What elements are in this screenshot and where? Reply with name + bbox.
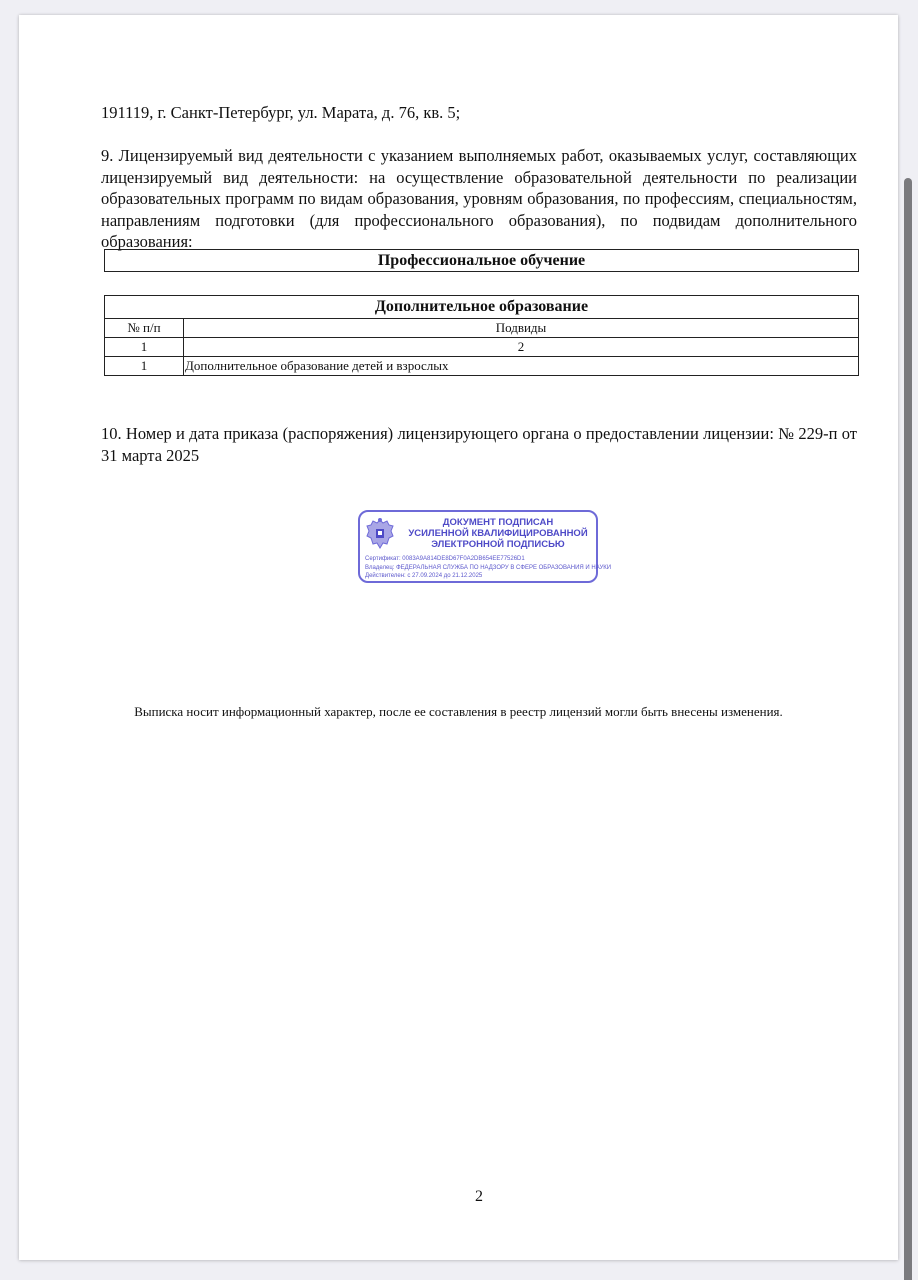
- professional-training-table: Профессиональное обучение: [104, 249, 859, 272]
- stamp-title-line-2: УСИЛЕННОЙ КВАЛИФИЦИРОВАННОЙ: [400, 528, 596, 539]
- professional-training-title: Профессиональное обучение: [105, 250, 859, 272]
- stamp-title: ДОКУМЕНТ ПОДПИСАН УСИЛЕННОЙ КВАЛИФИЦИРОВ…: [400, 517, 596, 550]
- coat-of-arms-icon: [365, 517, 395, 551]
- table-row: 1 Дополнительное образование детей и взр…: [105, 357, 859, 376]
- electronic-signature-stamp: ДОКУМЕНТ ПОДПИСАН УСИЛЕННОЙ КВАЛИФИЦИРОВ…: [358, 510, 598, 583]
- column-number-2: 2: [184, 338, 859, 357]
- header-number: № п/п: [105, 319, 184, 338]
- row-subtype: Дополнительное образование детей и взрос…: [184, 357, 859, 376]
- table-header-row: № п/п Подвиды: [105, 319, 859, 338]
- additional-education-title: Дополнительное образование: [105, 296, 859, 319]
- stamp-title-line-3: ЭЛЕКТРОННОЙ ПОДПИСЬЮ: [400, 539, 596, 550]
- row-number: 1: [105, 357, 184, 376]
- document-viewer: 191119, г. Санкт-Петербург, ул. Марата, …: [0, 0, 918, 1280]
- scrollbar-thumb[interactable]: [904, 178, 912, 1280]
- stamp-certificate: Сертификат: 0083A9A814DE8D67F0A2DB654EE7…: [365, 555, 597, 564]
- page-number: 2: [19, 1188, 918, 1206]
- document-page: 191119, г. Санкт-Петербург, ул. Марата, …: [19, 15, 898, 1260]
- section-10-order: 10. Номер и дата приказа (распоряжения) …: [101, 423, 857, 466]
- column-number-1: 1: [105, 338, 184, 357]
- stamp-details: Сертификат: 0083A9A814DE8D67F0A2DB654EE7…: [365, 555, 597, 581]
- additional-education-table: Дополнительное образование № п/п Подвиды…: [104, 295, 859, 376]
- address-line: 191119, г. Санкт-Петербург, ул. Марата, …: [101, 102, 857, 124]
- header-subtypes: Подвиды: [184, 319, 859, 338]
- section-9-activity: 9. Лицензируемый вид деятельности с указ…: [101, 145, 857, 253]
- stamp-validity: Действителен: с 27.09.2024 до 21.12.2025: [365, 572, 597, 581]
- stamp-owner: Владелец: ФЕДЕРАЛЬНАЯ СЛУЖБА ПО НАДЗОРУ …: [365, 564, 597, 573]
- column-number-row: 1 2: [105, 338, 859, 357]
- footer-disclaimer: Выписка носит информационный характер, п…: [19, 704, 898, 720]
- stamp-title-line-1: ДОКУМЕНТ ПОДПИСАН: [400, 517, 596, 528]
